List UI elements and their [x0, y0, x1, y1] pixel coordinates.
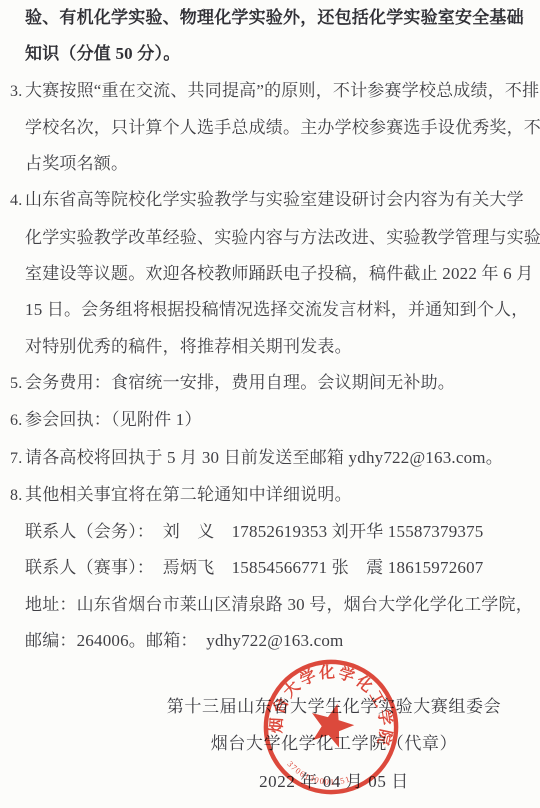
document-line: 6.参会回执：（见附件 1） — [10, 402, 540, 439]
document-line: 联系人（会务）： 刘 义 17852619353 刘开华 15587379375 — [10, 514, 540, 550]
line-text: 学校名次，只计算个人选手总成绩。主办学校参赛选手设优秀奖，不 — [25, 118, 540, 137]
line-text: 化学实验教学改革经验、实验内容与方法改进、实验教学管理与实验 — [25, 228, 540, 247]
line-text: 知识（分值 50 分）。 — [25, 44, 180, 63]
document-line: 7.请各高校将回执于 5 月 30 日前发送至邮箱 ydhy722@163.co… — [10, 440, 540, 477]
document-line: 8.其他相关事宜将在第二轮通知中详细说明。 — [10, 477, 540, 514]
document-line: 验、有机化学实验、物理化学实验外，还包括化学实验室安全基础 — [10, 0, 540, 36]
document-line: 联系人（赛事）： 焉炳飞 15854566771 张 震 18615972607 — [10, 550, 540, 586]
line-text: 请各高校将回执于 5 月 30 日前发送至邮箱 ydhy722@163.com。 — [25, 448, 503, 467]
line-text: 山东省高等院校化学实验教学与实验室建设研讨会内容为有关大学 — [25, 190, 524, 209]
document-line: 学校名次，只计算个人选手总成绩。主办学校参赛选手设优秀奖，不 — [10, 110, 540, 146]
line-text: 参会回执：（见附件 1） — [25, 410, 202, 429]
line-text: 对特别优秀的稿件，将推荐相关期刊发表。 — [25, 337, 352, 356]
line-text: 室建设等议题。欢迎各校教师踊跃电子投稿，稿件截止 2022 年 6 月 — [25, 264, 534, 283]
list-number: 4. — [10, 183, 25, 219]
document-line: 4.山东省高等院校化学实验教学与实验室建设研讨会内容为有关大学 — [10, 182, 540, 219]
line-text: 会务费用：食宿统一安排，费用自理。会议期间无补助。 — [25, 373, 455, 392]
committee-name: 第十三届山东省大学生化学实验大赛组委会 — [130, 688, 538, 725]
signature-block: 第十三届山东省大学生化学实验大赛组委会 烟台大学化学化工学院（代章） 2022 … — [130, 688, 538, 800]
signature-date: 2022 年 04 月 05 日 — [130, 763, 538, 800]
line-text: 地址：山东省烟台市莱山区清泉路 30 号，烟台大学化学化工学院， — [25, 595, 533, 614]
document-line: 占奖项名额。 — [10, 146, 540, 182]
line-text: 大赛按照“重在交流、共同提高”的原则，不计参赛学校总成绩，不排 — [25, 81, 539, 100]
notice-body: 验、有机化学实验、物理化学实验外，还包括化学实验室安全基础知识（分值 50 分）… — [10, 0, 540, 659]
line-text: 邮编：264006。邮箱： ydhy722@163.com — [25, 631, 343, 650]
list-number: 6. — [10, 403, 25, 439]
document-line: 对特别优秀的稿件，将推荐相关期刊发表。 — [10, 329, 540, 365]
list-number: 7. — [10, 441, 25, 477]
line-text: 15 日。会务组将根据投稿情况选择交流发言材料，并通知到个人， — [25, 300, 528, 319]
line-text: 其他相关事宜将在第二轮通知中详细说明。 — [25, 485, 352, 504]
line-text: 联系人（赛事）： 焉炳飞 15854566771 张 震 18615972607 — [25, 558, 484, 577]
list-number: 3. — [10, 74, 25, 110]
document-line: 化学实验教学改革经验、实验内容与方法改进、实验教学管理与实验 — [10, 220, 540, 256]
document-line: 地址：山东省烟台市莱山区清泉路 30 号，烟台大学化学化工学院， — [10, 587, 540, 623]
line-text: 占奖项名额。 — [25, 154, 128, 173]
document-line: 知识（分值 50 分）。 — [10, 36, 540, 72]
document-line: 15 日。会务组将根据投稿情况选择交流发言材料，并通知到个人， — [10, 292, 540, 328]
line-text: 联系人（会务）： 刘 义 17852619353 刘开华 15587379375 — [25, 522, 484, 541]
document-line: 3.大赛按照“重在交流、共同提高”的原则，不计参赛学校总成绩，不排 — [10, 73, 540, 110]
list-number: 8. — [10, 478, 25, 514]
line-text: 验、有机化学实验、物理化学实验外，还包括化学实验室安全基础 — [25, 8, 524, 27]
document-page: 验、有机化学实验、物理化学实验外，还包括化学实验室安全基础知识（分值 50 分）… — [0, 0, 540, 808]
document-line: 室建设等议题。欢迎各校教师踊跃电子投稿，稿件截止 2022 年 6 月 — [10, 256, 540, 292]
list-number: 5. — [10, 366, 25, 402]
institution-name: 烟台大学化学化工学院（代章） — [130, 725, 538, 762]
document-line: 5.会务费用：食宿统一安排，费用自理。会议期间无补助。 — [10, 365, 540, 402]
document-line: 邮编：264006。邮箱： ydhy722@163.com — [10, 623, 540, 659]
